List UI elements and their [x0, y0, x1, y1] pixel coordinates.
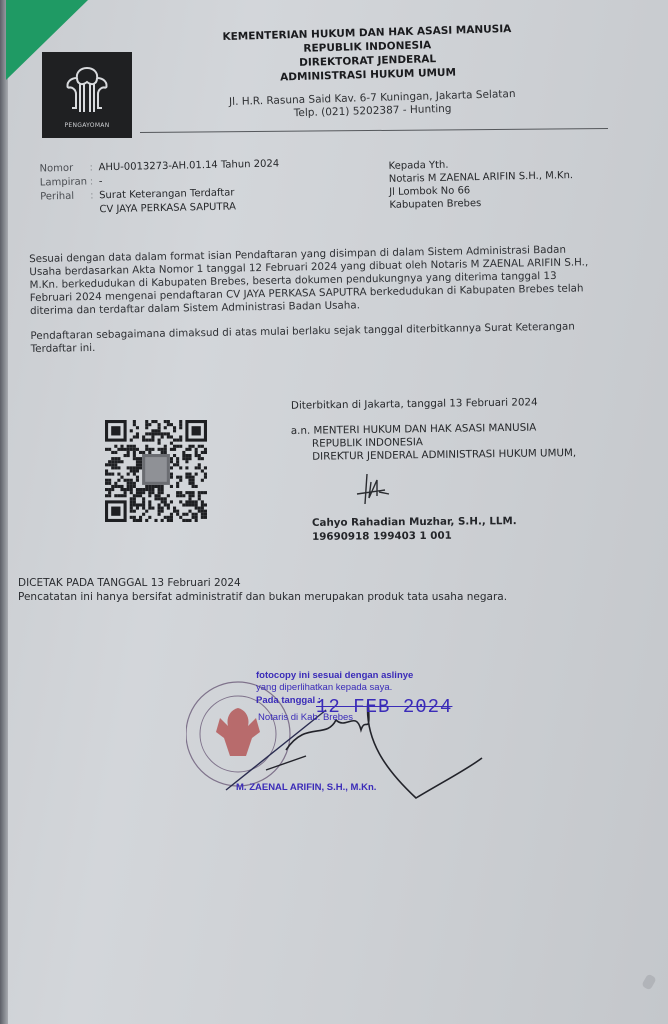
letter-meta: Nomor : AHU-0013273-AH.01.14 Tahun 2024 …: [39, 157, 280, 218]
stamp-line: yang diperlihatkan kepada saya.: [256, 682, 392, 693]
director-signature-icon: [355, 472, 395, 508]
issued-place-date: Diterbitkan di Jakarta, tanggal 13 Febru…: [291, 396, 538, 411]
nomor-label: Nomor: [39, 161, 89, 176]
letterhead-title: KEMENTERIAN HUKUM DAN HAK ASASI MANUSIA …: [204, 21, 530, 86]
print-footer: DICETAK PADA TANGGAL 13 Februari 2024 Pe…: [18, 576, 507, 604]
separator: :: [89, 161, 98, 175]
notary-name: M. ZAENAL ARIFIN, S.H., M.Kn.: [236, 782, 376, 793]
pengayoman-tree-icon: [60, 64, 114, 118]
perihal-line: CV JAYA PERKASA SAPUTRA: [99, 200, 236, 217]
lampiran-label: Lampiran: [40, 175, 90, 190]
lampiran-value: -: [99, 175, 103, 189]
letter-body: Sesuai dengan data dalam format isian Pe…: [29, 243, 611, 368]
body-line: Terdaftar ini.: [31, 342, 96, 355]
notary-legalization-stamp: fotocopy ini sesuai dengan aslinye yang …: [186, 660, 486, 810]
ministry-logo: PENGAYOMAN: [42, 52, 132, 138]
disclaimer: Pencatatan ini hanya bersifat administra…: [18, 590, 507, 604]
qr-code: [104, 420, 208, 522]
printed-date: DICETAK PADA TANGGAL 13 Februari 2024: [18, 576, 507, 590]
perihal-label: Perihal: [40, 189, 91, 218]
page-edge-shadow: [0, 0, 8, 1024]
body-line: Pendaftaran sebagaimana dimaksud di atas…: [30, 321, 575, 342]
meta-perihal: Perihal : Surat Keterangan Terdaftar CV …: [40, 185, 280, 218]
stamp-line: fotocopy ini sesuai dengan aslinye: [256, 670, 413, 681]
paper-smudge: [641, 973, 657, 990]
body-paragraph-2: Pendaftaran sebagaimana dimaksud di atas…: [30, 320, 610, 356]
letterhead-divider: [140, 128, 608, 133]
perihal-value: Surat Keterangan Terdaftar CV JAYA PERKA…: [99, 186, 236, 217]
recipient-block: Kepada Yth. Notaris M ZAENAL ARIFIN S.H.…: [388, 156, 573, 212]
stamp-date-label: Pada tanggal :: [256, 695, 321, 706]
signer-nip: 19690918 199403 1 001: [312, 528, 517, 544]
body-paragraph-1: Sesuai dengan data dalam format isian Pe…: [29, 243, 610, 318]
recipient-line: Kabupaten Brebes: [389, 195, 573, 212]
letterhead-address: Jl. H.R. Rasuna Said Kav. 6-7 Kuningan, …: [210, 87, 536, 122]
separator: :: [90, 175, 99, 189]
signer-block: Cahyo Rahadian Muzhar, S.H., LLM. 196909…: [312, 514, 517, 544]
logo-label: PENGAYOMAN: [64, 122, 109, 129]
on-behalf-line: DIREKTUR JENDERAL ADMINISTRASI HUKUM UMU…: [291, 447, 576, 464]
stamp-line: Notaris di Kab. Brebes: [258, 712, 353, 723]
on-behalf-block: a.n. MENTERI HUKUM DAN HAK ASASI MANUSIA…: [291, 421, 576, 464]
signer-name: Cahyo Rahadian Muzhar, S.H., LLM.: [312, 514, 517, 530]
